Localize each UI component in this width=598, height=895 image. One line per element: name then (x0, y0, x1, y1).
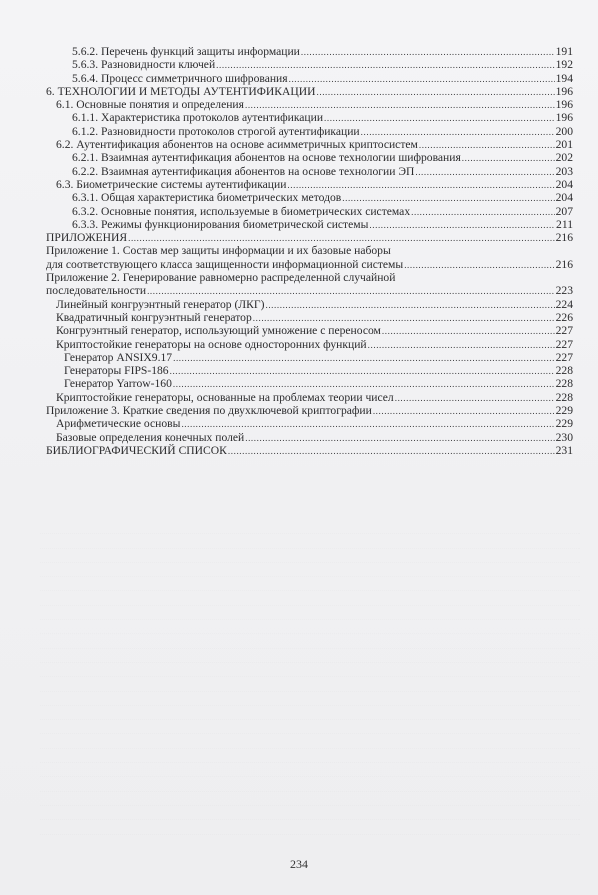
toc-entry: Линейный конгруэнтный генератор (ЛКГ)224 (46, 298, 573, 311)
toc-entry-title: Линейный конгруэнтный генератор (ЛКГ) (56, 298, 264, 311)
toc-entry-page: 196 (556, 98, 573, 111)
toc-entry-page: 227 (556, 324, 573, 337)
toc-entry-title: для соответствующего класса защищенности… (46, 258, 403, 271)
toc-entry-title: 6.3.1. Общая характеристика биометрическ… (72, 191, 341, 204)
page-number: 234 (0, 857, 598, 872)
toc-entry-title: Приложение 1. Состав мер защиты информац… (46, 244, 391, 257)
toc-entry-page: 227 (556, 351, 573, 364)
toc-entry: 5.6.2. Перечень функций защиты информаци… (46, 45, 573, 58)
toc-entry-title: 6.3.3. Режимы функционирования биометрич… (72, 218, 368, 231)
toc-entry-title: Генератор ANSIX9.17 (64, 351, 172, 364)
toc-entry: 6.3.3. Режимы функционирования биометрич… (46, 218, 573, 231)
toc-entry-page: 229 (556, 417, 573, 430)
toc-entry: Арифметические основы229 (46, 417, 573, 430)
dot-leader (265, 299, 554, 312)
toc-entry-title: Приложение 2. Генерирование равномерно р… (46, 271, 395, 284)
toc-entry-page: 204 (556, 191, 573, 204)
toc-entry-title: Генераторы FIPS-186 (64, 364, 169, 377)
toc-entry: Генератор Yarrow-160228 (46, 377, 573, 390)
toc-entry-page: 228 (556, 364, 573, 377)
toc-entry: Приложение 1. Состав мер защиты информац… (46, 244, 573, 257)
dot-leader (181, 418, 554, 431)
toc-entry-title: 6. ТЕХНОЛОГИИ И МЕТОДЫ АУТЕНТИФИКАЦИИ (46, 85, 316, 98)
toc-entry-title: Криптостойкие генераторы на основе однос… (56, 338, 367, 351)
toc-entry-page: 228 (556, 391, 573, 404)
toc-entry: последовательности223 (46, 284, 573, 297)
toc-entry-title: 6.1. Основные понятия и определения (56, 98, 244, 111)
toc-entry-page: 203 (556, 165, 573, 178)
toc-entry-page: 229 (556, 404, 573, 417)
dot-leader (216, 59, 554, 72)
toc-entry: для соответствующего класса защищенности… (46, 258, 573, 271)
dot-leader (287, 179, 554, 192)
dot-leader (173, 378, 555, 391)
toc-entry-title: 5.6.3. Разновидности ключей (72, 58, 215, 71)
toc-entry: 6.3.2. Основные понятия, используемые в … (46, 205, 573, 218)
toc-entry-title: 5.6.4. Процесс симметричного шифрования (72, 72, 288, 85)
toc-entry: 6.1. Основные понятия и определения196 (46, 98, 573, 111)
toc-entry-title: БИБЛИОГРАФИЧЕСКИЙ СПИСОК (46, 444, 227, 457)
toc-entry-title: 6.3.2. Основные понятия, используемые в … (72, 205, 410, 218)
toc-entry: ПРИЛОЖЕНИЯ216 (46, 231, 573, 244)
toc-entry-page: 207 (556, 205, 573, 218)
toc-entry-title: Приложение 3. Краткие сведения по двухкл… (46, 404, 372, 417)
toc-entry-page: 201 (556, 138, 573, 151)
dot-leader (317, 86, 555, 99)
toc-entry-page: 196 (556, 85, 573, 98)
toc-entry-page: 200 (556, 125, 573, 138)
toc-entry-page: 196 (556, 111, 573, 124)
toc-entry: БИБЛИОГРАФИЧЕСКИЙ СПИСОК231 (46, 444, 573, 457)
dot-leader (342, 192, 554, 205)
toc-entry: Генераторы FIPS-186228 (46, 364, 573, 377)
toc-entry-title: Квадратичный конгруэнтный генератор (56, 311, 252, 324)
dot-leader (368, 339, 555, 352)
toc-entry-title: 5.6.2. Перечень функций защиты информаци… (72, 45, 300, 58)
toc-entry: Приложение 2. Генерирование равномерно р… (46, 271, 573, 284)
toc-entry-page: 227 (556, 338, 573, 351)
dot-leader (245, 432, 554, 445)
toc-entry-title: Криптостойкие генераторы, основанные на … (56, 391, 394, 404)
toc-entry-page: 192 (556, 58, 573, 71)
toc-entry-title: 6.1.2. Разновидности протоколов строгой … (72, 125, 360, 138)
toc-entry-title: 6.2.1. Взаимная аутентификация абонентов… (72, 151, 461, 164)
toc-entry: Базовые определения конечных полей230 (46, 431, 573, 444)
dot-leader (411, 206, 554, 219)
toc-entry-page: 211 (556, 218, 573, 231)
toc-entry-title: последовательности (46, 284, 146, 297)
toc-entry: 6.3. Биометрические системы аутентификац… (46, 178, 573, 191)
toc-entry: 5.6.3. Разновидности ключей192 (46, 58, 573, 71)
toc-entry-title: 6.2. Аутентификация абонентов на основе … (56, 138, 418, 151)
dot-leader (369, 219, 555, 232)
document-page: 5.6.2. Перечень функций защиты информаци… (0, 0, 598, 895)
toc-entry-title: Базовые определения конечных полей (56, 431, 244, 444)
toc-entry: 6.1.1. Характеристика протоколов аутенти… (46, 111, 573, 124)
toc-entry-page: 204 (556, 178, 573, 191)
dot-leader (228, 445, 555, 458)
dot-leader (382, 325, 555, 338)
show-through-text (40, 520, 580, 840)
dot-leader (173, 352, 555, 365)
dot-leader (170, 365, 555, 378)
toc-entry-page: 216 (556, 258, 573, 271)
toc-entry-title: 6.2.2. Взаимная аутентификация абонентов… (72, 165, 414, 178)
toc-entry: 6.2.1. Взаимная аутентификация абонентов… (46, 151, 573, 164)
toc-entry: 5.6.4. Процесс симметричного шифрования1… (46, 72, 573, 85)
toc-entry-page: 228 (556, 377, 573, 390)
dot-leader (253, 312, 555, 325)
toc-entry-page: 216 (556, 231, 573, 244)
dot-leader (147, 285, 555, 298)
toc-entry: Квадратичный конгруэнтный генератор226 (46, 311, 573, 324)
toc-entry-title: Конгруэнтный генератор, использующий умн… (56, 324, 381, 337)
dot-leader (361, 126, 555, 139)
dot-leader (324, 112, 555, 125)
dot-leader (128, 232, 555, 245)
toc-entry-page: 202 (556, 151, 573, 164)
toc-entry: 6.1.2. Разновидности протоколов строгой … (46, 125, 573, 138)
toc-entry-page: 230 (556, 431, 573, 444)
dot-leader (301, 46, 555, 59)
dot-leader (415, 166, 554, 179)
dot-leader (373, 405, 555, 418)
toc-entry-title: 6.1.1. Характеристика протоколов аутенти… (72, 111, 323, 124)
toc-entry: Генератор ANSIX9.17227 (46, 351, 573, 364)
toc-entry-page: 231 (556, 444, 573, 457)
dot-leader (289, 73, 555, 86)
toc-entry: 6.2.2. Взаимная аутентификация абонентов… (46, 165, 573, 178)
toc-entry-page: 194 (556, 72, 573, 85)
toc-entry-page: 191 (556, 45, 573, 58)
dot-leader (419, 139, 555, 152)
dot-leader (462, 152, 555, 165)
toc-entry-title: Генератор Yarrow-160 (64, 377, 172, 390)
toc-entry-page: 224 (556, 298, 573, 311)
toc-entry-title: ПРИЛОЖЕНИЯ (46, 231, 127, 244)
toc-entry: 6.2. Аутентификация абонентов на основе … (46, 138, 573, 151)
toc-entry-title: Арифметические основы (56, 417, 180, 430)
toc-entry: Конгруэнтный генератор, использующий умн… (46, 324, 573, 337)
toc-entry: Приложение 3. Краткие сведения по двухкл… (46, 404, 573, 417)
dot-leader (245, 99, 555, 112)
toc-entry-title: 6.3. Биометрические системы аутентификац… (56, 178, 286, 191)
toc-entry: 6. ТЕХНОЛОГИИ И МЕТОДЫ АУТЕНТИФИКАЦИИ196 (46, 85, 573, 98)
toc-entry: 6.3.1. Общая характеристика биометрическ… (46, 191, 573, 204)
table-of-contents: 5.6.2. Перечень функций защиты информаци… (46, 45, 573, 457)
toc-entry: Криптостойкие генераторы, основанные на … (46, 391, 573, 404)
toc-entry-page: 226 (556, 311, 573, 324)
toc-entry: Криптостойкие генераторы на основе однос… (46, 338, 573, 351)
toc-entry-page: 223 (556, 284, 573, 297)
dot-leader (395, 392, 555, 405)
dot-leader (404, 259, 554, 272)
